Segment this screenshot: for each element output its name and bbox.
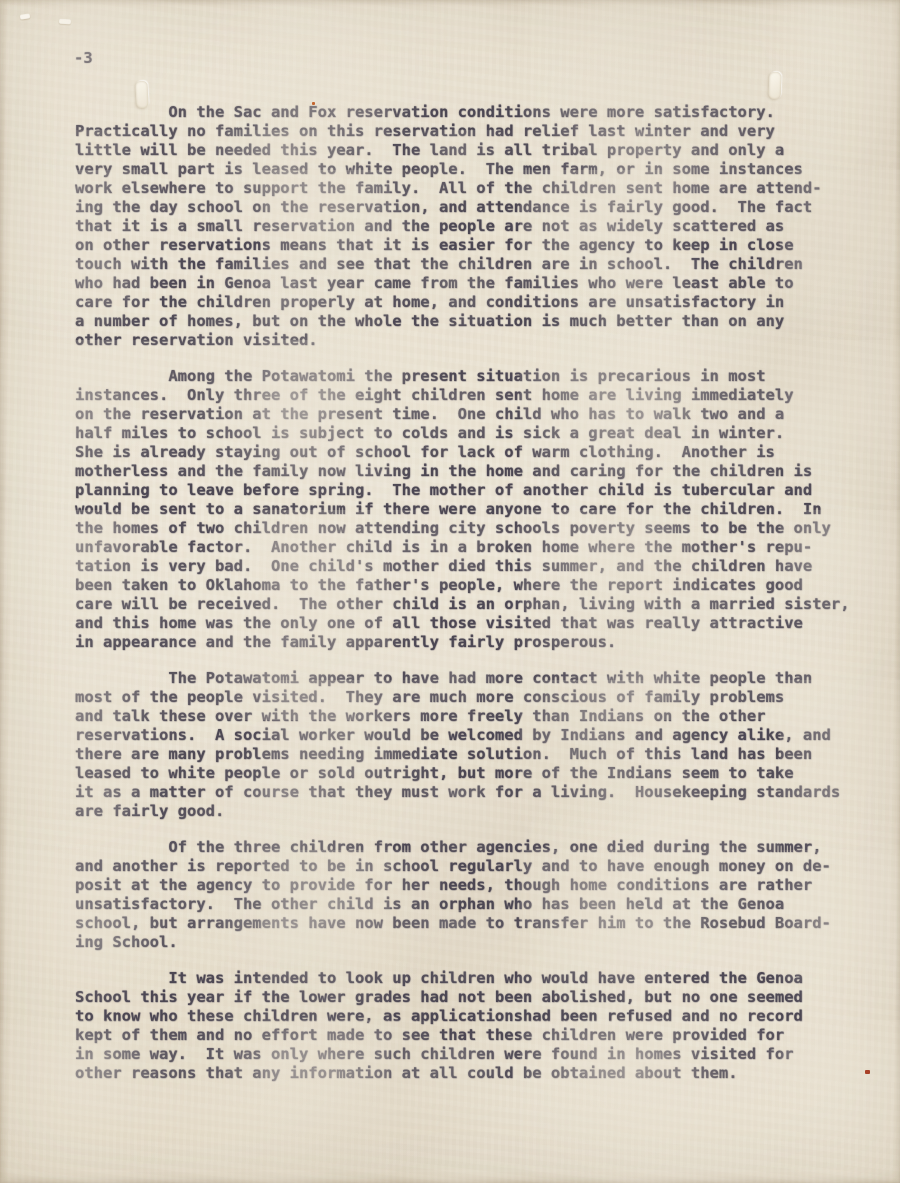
paragraph-sac-and-fox: On the Sac and Fox reservation condition… bbox=[75, 103, 865, 350]
document-body: On the Sac and Fox reservation condition… bbox=[75, 103, 865, 1100]
document-page: -3 On the Sac and Fox reservation condit… bbox=[0, 0, 900, 1183]
paragraph-potawatomi-contact: The Potawatomi appear to have had more c… bbox=[75, 669, 865, 821]
staple-indent-mark bbox=[20, 13, 31, 19]
paper-fleck bbox=[312, 102, 315, 105]
page-number: -3 bbox=[74, 49, 93, 67]
paper-fleck bbox=[865, 1070, 870, 1074]
paper-emboss-mark bbox=[769, 72, 782, 99]
paragraph-potawatomi-situation: Among the Potawatomi the present situati… bbox=[75, 367, 865, 652]
staple-indent-mark bbox=[59, 19, 71, 25]
paragraph-genoa-school: It was intended to look up children who … bbox=[75, 969, 865, 1083]
paragraph-other-agencies: Of the three children from other agencie… bbox=[75, 838, 865, 952]
